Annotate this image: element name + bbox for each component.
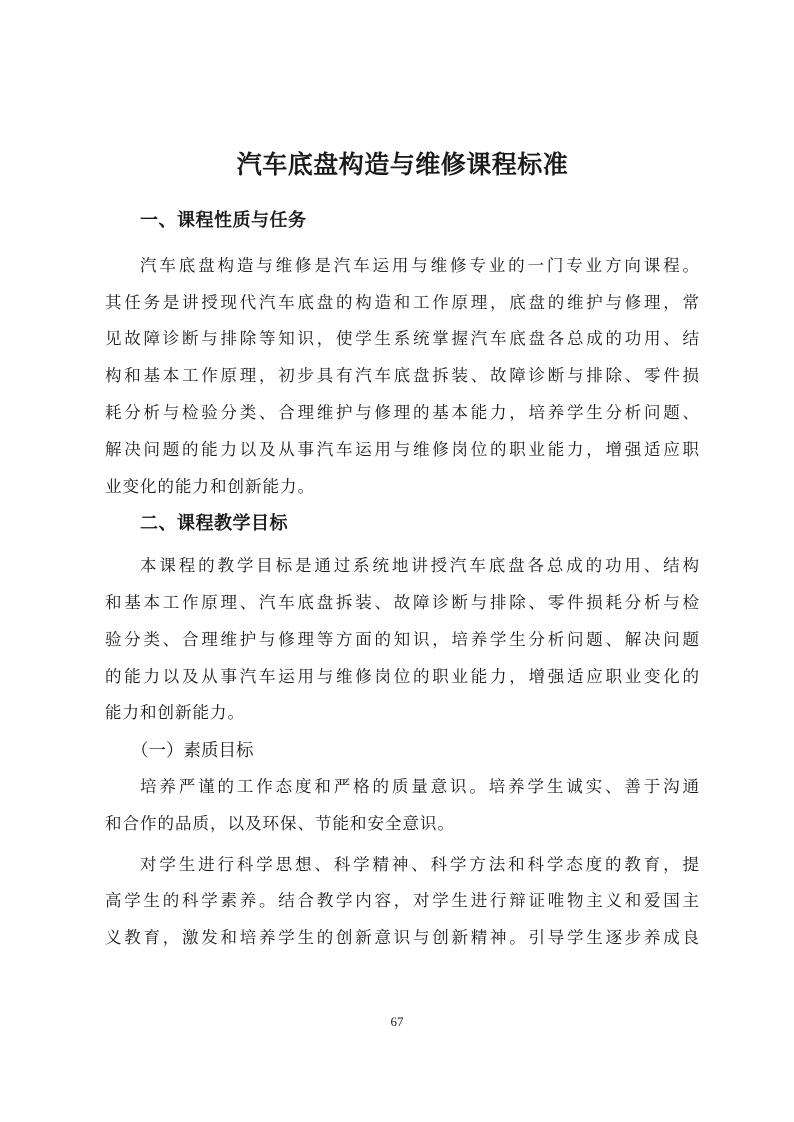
body-line: 汽车底盘构造与维修是汽车运用与维修专业的一门专业方向课程。 bbox=[105, 248, 700, 285]
body-line: 和基本工作原理、汽车底盘拆装、故障诊断与排除、零件损耗分析与检 bbox=[105, 585, 700, 622]
body-line: 耗分析与检验分类、合理维护与修理的基本能力，培养学生分析问题、 bbox=[105, 395, 700, 432]
body-line: 业变化的能力和创新能力。 bbox=[105, 469, 700, 506]
body-line: 解决问题的能力以及从事汽车运用与维修岗位的职业能力，增强适应职 bbox=[105, 432, 700, 469]
body-line: 高学生的科学素养。结合教学内容，对学生进行辩证唯物主义和爱国主 bbox=[105, 883, 700, 920]
paragraph-teaching-goals: 本课程的教学目标是通过系统地讲授汽车底盘各总成的功用、结构 和基本工作原理、汽车… bbox=[105, 548, 700, 732]
document-title: 汽车底盘构造与维修课程标准 bbox=[105, 150, 700, 182]
section-heading-teaching-goals: 二、课程教学目标 bbox=[105, 505, 700, 542]
body-line: 构和基本工作原理，初步具有汽车底盘拆装、故障诊断与排除、零件损 bbox=[105, 358, 700, 395]
paragraph-quality-goals-1: 培养严谨的工作态度和严格的质量意识。培养学生诚实、善于沟通 和合作的品质，以及环… bbox=[105, 769, 700, 843]
section-heading-course-nature: 一、课程性质与任务 bbox=[105, 202, 700, 239]
body-line: 本课程的教学目标是通过系统地讲授汽车底盘各总成的功用、结构 bbox=[105, 548, 700, 585]
body-line: 见故障诊断与排除等知识，使学生系统掌握汽车底盘各总成的功用、结 bbox=[105, 321, 700, 358]
subheading-quality-goals: （一）素质目标 bbox=[105, 732, 700, 769]
paragraph-course-nature: 汽车底盘构造与维修是汽车运用与维修专业的一门专业方向课程。 其任务是讲授现代汽车… bbox=[105, 248, 700, 506]
body-line: 培养严谨的工作态度和严格的质量意识。培养学生诚实、善于沟通 bbox=[105, 769, 700, 806]
document-body: 汽车底盘构造与维修课程标准 一、课程性质与任务 汽车底盘构造与维修是汽车运用与维… bbox=[105, 150, 700, 957]
body-line: 的能力以及从事汽车运用与维修岗位的职业能力，增强适应职业变化的 bbox=[105, 659, 700, 696]
body-line: 其任务是讲授现代汽车底盘的构造和工作原理，底盘的维护与修理，常 bbox=[105, 285, 700, 322]
body-line: 对学生进行科学思想、科学精神、科学方法和科学态度的教育，提 bbox=[105, 847, 700, 884]
body-line: 能力和创新能力。 bbox=[105, 695, 700, 732]
body-line: 义教育，激发和培养学生的创新意识与创新精神。引导学生逐步养成良 bbox=[105, 920, 700, 957]
document-page: 汽车底盘构造与维修课程标准 一、课程性质与任务 汽车底盘构造与维修是汽车运用与维… bbox=[0, 0, 794, 1122]
page-number: 67 bbox=[0, 1014, 794, 1030]
body-line: 和合作的品质，以及环保、节能和安全意识。 bbox=[105, 806, 700, 843]
body-line: 验分类、合理维护与修理等方面的知识，培养学生分析问题、解决问题 bbox=[105, 622, 700, 659]
paragraph-quality-goals-2: 对学生进行科学思想、科学精神、科学方法和科学态度的教育，提 高学生的科学素养。结… bbox=[105, 847, 700, 957]
